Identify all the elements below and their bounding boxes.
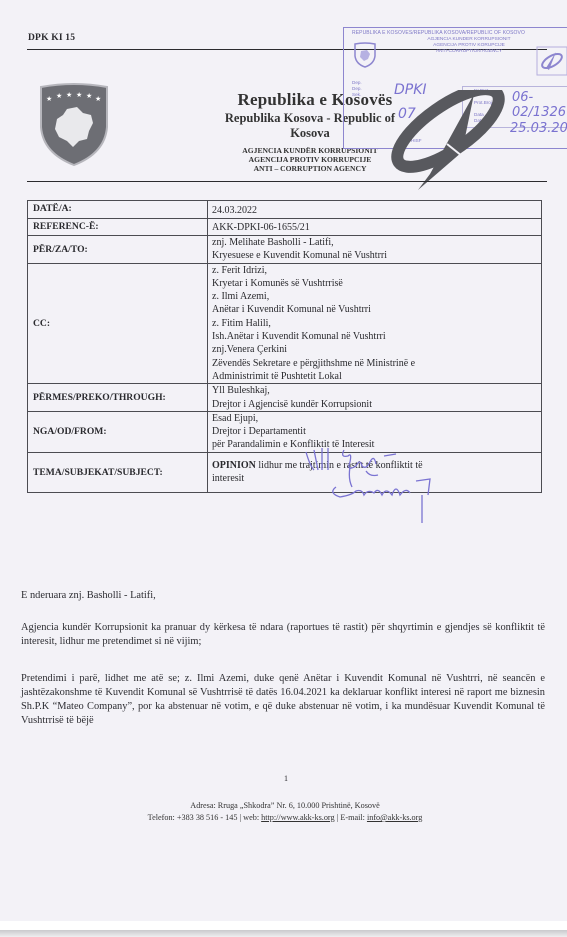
stamp-labels: Dep. Dep. Sek. xyxy=(352,80,362,98)
cc-line: Anëtar i Kuvendit Komunal në Vushtrri xyxy=(212,303,536,316)
subject-label: TEMA/SUBJEKAT/SUBJECT: xyxy=(28,452,208,492)
cc-label: CC: xyxy=(28,263,208,384)
document-code: DPK KI 15 xyxy=(28,33,75,43)
recipient-name: znj. Melihate Basholli - Latifi, xyxy=(212,236,536,249)
svg-text:★: ★ xyxy=(66,91,72,99)
svg-text:★: ★ xyxy=(76,91,82,99)
footer-contact: Telefon: +383 38 516 - 145 | web: http:/… xyxy=(60,812,510,824)
table-row: PËR/ZA/TO: znj. Melihate Basholli - Lati… xyxy=(28,236,542,264)
date-text: 24.03.2022 xyxy=(212,201,536,217)
cc-line: z. Ilmi Azemi, xyxy=(212,290,536,303)
stamp-line: AGJENCIA KUNDER KORRUPSIONIT xyxy=(404,37,534,42)
viewer-bottom-shadow xyxy=(0,930,567,937)
cc-line: z. Fitim Halili, xyxy=(212,317,536,330)
stamp-label: Sek. xyxy=(352,92,362,98)
table-row: NGA/OD/FROM: Esad Ejupi, Drejtor i Depar… xyxy=(28,411,542,452)
footer-email-label: | E-mail: xyxy=(335,813,367,822)
svg-text:★: ★ xyxy=(86,92,92,100)
kosovo-emblem-icon: ★★★ ★★★ xyxy=(37,83,111,167)
document-page: DPK KI 15 ★★★ ★★★ Republika e Kosovës Re… xyxy=(0,0,567,921)
table-row: DATË/A: 24.03.2022 xyxy=(28,201,542,219)
agency-logo-icon xyxy=(370,90,520,205)
table-row: REFERENC-Ë: AKK-DPKI-06-1655/21 xyxy=(28,219,542,236)
through-label: PËRMES/PREKO/THROUGH: xyxy=(28,384,208,412)
viewer-bottom-strip xyxy=(0,921,567,930)
from-title: Drejtor i Departamentit xyxy=(212,425,536,438)
svg-text:★: ★ xyxy=(95,95,101,103)
through-name: Yll Buleshkaj, xyxy=(212,384,536,397)
memo-header-table: DATË/A: 24.03.2022 REFERENC-Ë: AKK-DPKI-… xyxy=(27,200,542,493)
date-label: DATË/A: xyxy=(28,201,208,219)
recipient-value: znj. Melihate Basholli - Latifi, Kryesue… xyxy=(208,236,542,264)
stamp-line: AGENCIJA PROTIV KORUPCIJE xyxy=(404,43,534,48)
footer: Adresa: Rruga „Shkodra” Nr. 6, 10.000 Pr… xyxy=(60,800,510,824)
footer-address: Adresa: Rruga „Shkodra” Nr. 6, 10.000 Pr… xyxy=(60,800,510,812)
date-value: 24.03.2022 xyxy=(208,201,542,219)
svg-text:★: ★ xyxy=(46,95,52,103)
stamp-emblem-icon xyxy=(353,42,377,68)
through-title: Drejtor i Agjencisë kundër Korrupsionit xyxy=(212,398,536,411)
cc-line: Zëvendës Sekretare e përgjithshme në Min… xyxy=(212,357,536,370)
stamp-line: ANTI-CORRUPTION AGENCY xyxy=(404,49,534,54)
page-number: 1 xyxy=(284,774,288,783)
footer-email-link[interactable]: info@akk-ks.org xyxy=(367,813,422,822)
footer-phone: Telefon: +383 38 516 - 145 | web: xyxy=(148,813,261,822)
cc-line: z. Ferit Idrizi, xyxy=(212,264,536,277)
through-value: Yll Buleshkaj, Drejtor i Agjencisë kundë… xyxy=(208,384,542,412)
cc-line: Ish.Anëtar i Kuvendit Komunal në Vushtrr… xyxy=(212,330,536,343)
table-row: PËRMES/PREKO/THROUGH: Yll Buleshkaj, Dre… xyxy=(28,384,542,412)
table-row: CC: z. Ferit Idrizi, Kryetar i Komunës s… xyxy=(28,263,542,384)
stamp-agency-logo-icon xyxy=(536,46,567,76)
cc-line: Kryetar i Komunës së Vushtrrisë xyxy=(212,277,536,290)
recipient-title: Kryesuese e Kuvendit Komunal në Vushtrri xyxy=(212,249,536,262)
reference-value: AKK-DPKI-06-1655/21 xyxy=(208,219,542,236)
reference-text: AKK-DPKI-06-1655/21 xyxy=(212,219,536,234)
cc-line: znj.Venera Çerkini xyxy=(212,343,536,356)
recipient-label: PËR/ZA/TO: xyxy=(28,236,208,264)
salutation: E nderuara znj. Basholli - Latifi, xyxy=(21,589,545,603)
subject-keyword: OPINION xyxy=(212,460,256,471)
svg-text:★: ★ xyxy=(56,92,62,100)
header-rule-bottom xyxy=(27,181,547,182)
table-row: TEMA/SUBJEKAT/SUBJECT: OPINION lidhur me… xyxy=(28,452,542,492)
cc-value: z. Ferit Idrizi, Kryetar i Komunës së Vu… xyxy=(208,263,542,384)
body-paragraph: Pretendimi i parë, lidhet me atë se; z. … xyxy=(21,672,545,728)
body-paragraph: Agjencia kundër Korrupsionit ka pranuar … xyxy=(21,621,545,649)
from-label: NGA/OD/FROM: xyxy=(28,411,208,452)
cc-line: Administrimit të Pushtetit Lokal xyxy=(212,370,536,383)
from-name: Esad Ejupi, xyxy=(212,412,536,425)
footer-web-link[interactable]: http://www.akk-ks.org xyxy=(261,813,334,822)
stamp-handwritten-number: 06-02/1326 xyxy=(512,90,567,120)
from-signature-icon xyxy=(322,465,442,525)
stamp-header: REPUBLIKA E KOSOVES/REPUBLIKA KOSOVA/REP… xyxy=(352,30,525,36)
reference-label: REFERENC-Ë: xyxy=(28,219,208,236)
